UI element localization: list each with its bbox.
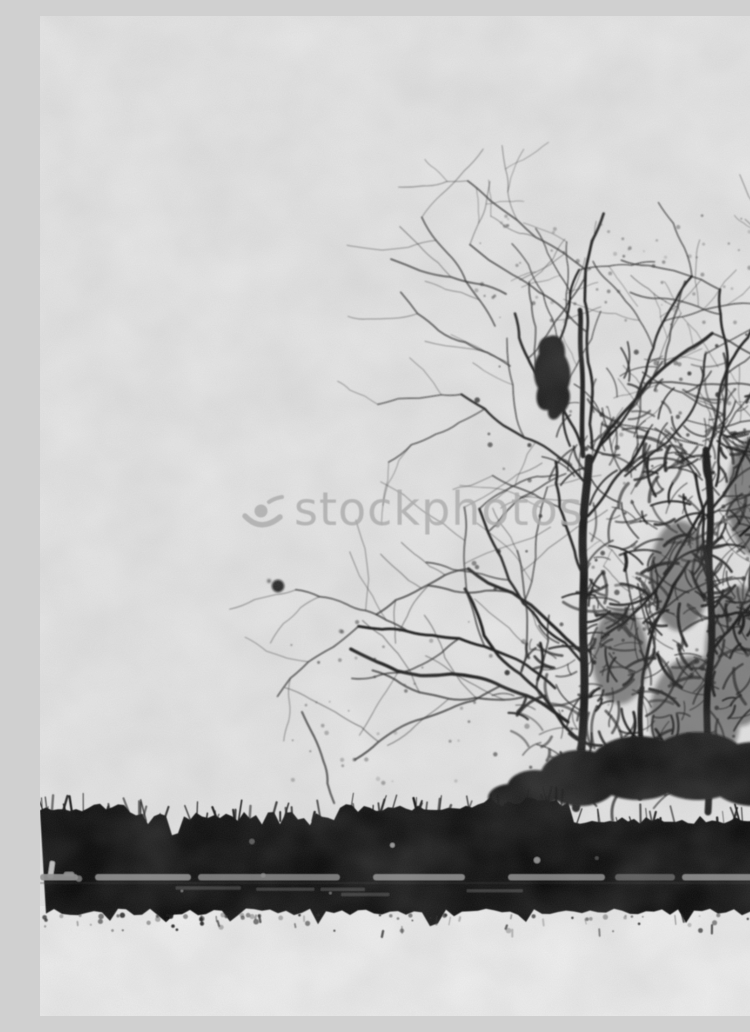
photo-canvas: stockphotos [40,16,750,1016]
stock-photo: stockphotos [40,16,750,1016]
icon-eye [255,505,268,518]
watermark-text: stockphotos [294,482,584,536]
watermark: stockphotos [245,482,584,536]
